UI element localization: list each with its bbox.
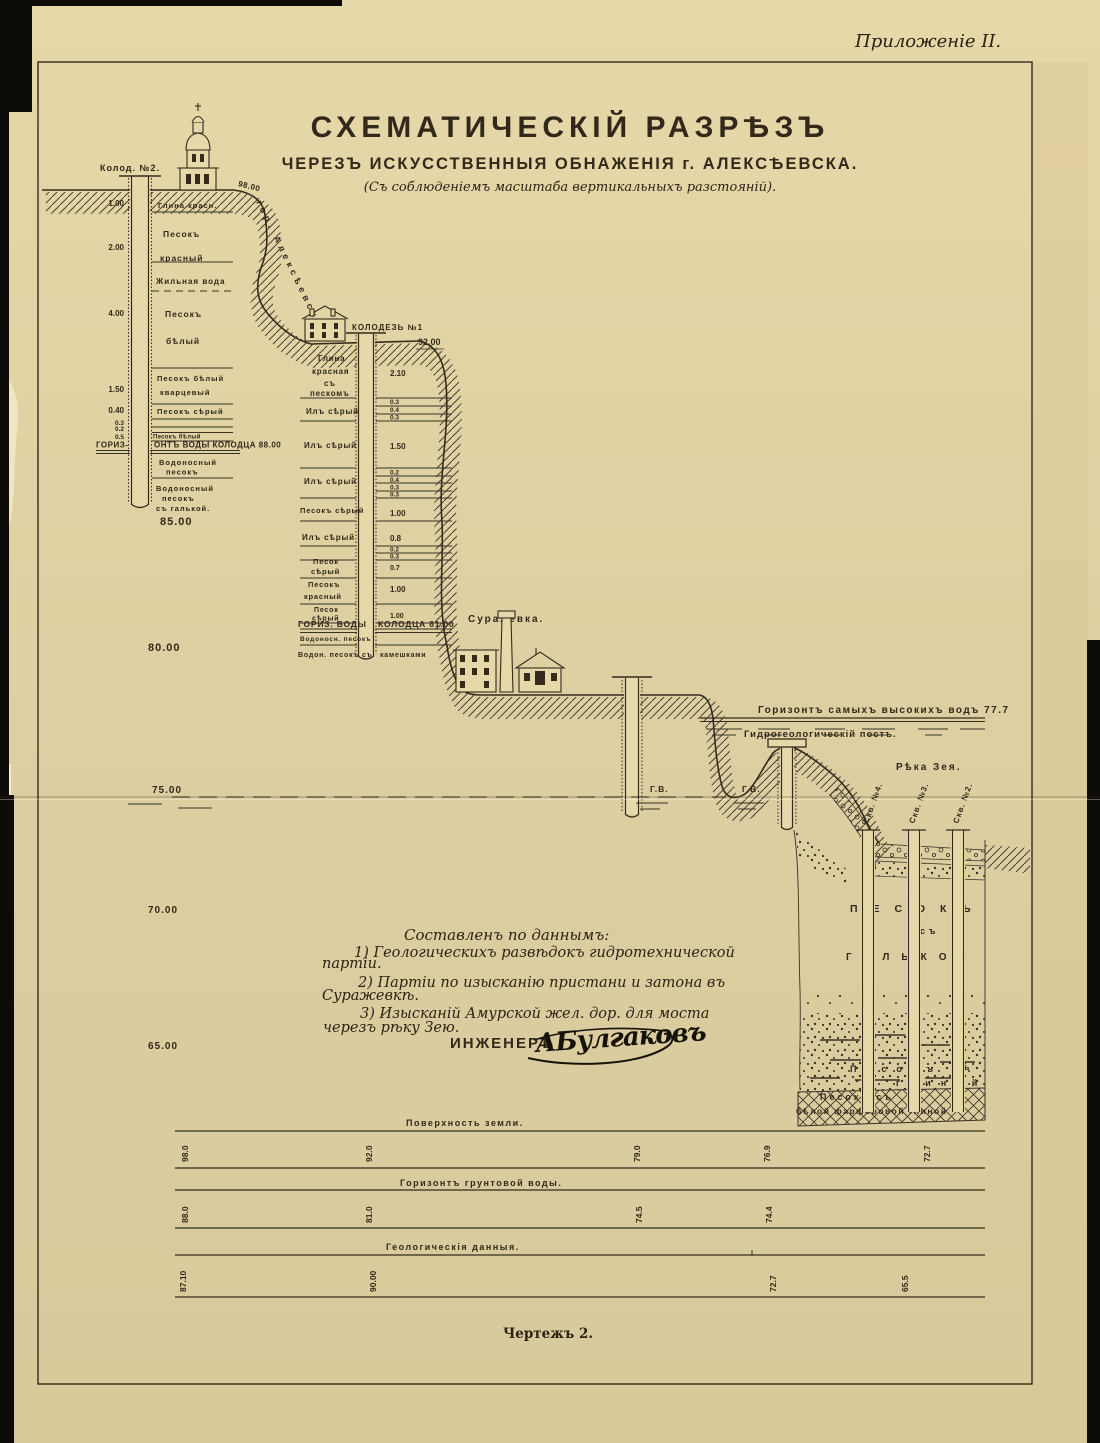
layer-label: Песок (313, 557, 339, 566)
layer-label: красный (160, 253, 204, 263)
scanned-sheet: Приложеніе II. СХЕМАТИЧЕСКІЙ РАЗРѢЗЪ ЧЕР… (0, 0, 1100, 1443)
thickness-value: 0.8 (390, 534, 402, 543)
table-value: 65.5 (900, 1275, 910, 1292)
river-name-label: Рѣка Зея. (896, 762, 961, 773)
thickness-value: 0.4 (390, 477, 399, 484)
thickness-value: 0.3 (390, 415, 399, 422)
layer-label: песокъ (166, 468, 199, 477)
layer-label: Илъ сѣрый (306, 407, 359, 416)
layer-label: Песокъ бѣлый (153, 434, 201, 441)
table-value: 90.00 (368, 1270, 378, 1292)
table-value: 74.5 (634, 1206, 644, 1223)
elevation-92: 92.00 (418, 337, 441, 347)
table-value: 72.7 (768, 1275, 778, 1292)
depth-value: 4.00 (108, 309, 124, 318)
title-line3: (Съ соблюденіемъ масштаба вертикальныхъ … (364, 180, 776, 195)
layer-label: Илъ сѣрый (302, 533, 355, 542)
water-horizon-left: ГОРИЗ. ВОДЫ (298, 619, 367, 629)
table-surface-title: Поверхность земли. (406, 1118, 524, 1128)
table-value: 92.0 (364, 1145, 374, 1162)
depth-value: 2.00 (108, 243, 124, 252)
thickness-value: 1.00 (390, 585, 406, 594)
layer-label: Глина красн. (158, 201, 217, 210)
gw-mark-2: Г.В. (742, 784, 761, 794)
depth-value: 0.2 (115, 426, 124, 433)
high-water-label: Горизонтъ самыхъ высокихъ водъ 77.7 (758, 705, 1010, 716)
thickness-value: 0.3 (390, 399, 399, 406)
water-horizon-right: КОЛОДЦА 81.00 (378, 619, 455, 629)
thickness-value: 0.7 (390, 565, 400, 572)
middle-well-name: КОЛОДЕЗЬ №1 (352, 323, 423, 332)
white-clay-label-1: Песокъ съ (820, 1092, 894, 1102)
depth-value: 1.50 (108, 385, 124, 394)
layer-label: сѣрый (311, 567, 340, 576)
layer-label: Жильная вода (155, 277, 225, 286)
gw-mark-1: Г.В. (650, 784, 669, 794)
layer-label: Песокъ (308, 580, 340, 589)
layer-label: съ (324, 379, 336, 388)
well-shaft (357, 333, 375, 658)
elevation-80: 80.00 (148, 642, 181, 654)
table-groundwater-title: Горизонтъ грунтовой воды. (400, 1178, 562, 1188)
water-horizon-label: ОНТЪ ВОДЫ КОЛОДЦА 88.00 (154, 441, 281, 450)
layer-label: Водоносный (156, 484, 214, 493)
table-geodata-title: Геологическія данныя. (386, 1242, 520, 1252)
layer-label: Водоносный (159, 458, 217, 467)
layer-label: Песокъ сѣрый (157, 407, 224, 416)
notes-item-2b: Суражевкѣ. (322, 988, 419, 1004)
layer-label: Песокъ бѣлый (157, 374, 224, 383)
thickness-value: 1.00 (390, 509, 406, 518)
sand-pebbles-label-2: съ (920, 926, 939, 936)
layer-label: красный (304, 592, 342, 601)
thickness-value: 0.2 (390, 547, 399, 554)
notes-heading: Составленъ по даннымъ: (404, 926, 609, 944)
thickness-value: 0.3 (390, 492, 399, 499)
layer-label: Водоносн. песокъ (300, 636, 371, 643)
thickness-value: 0.2 (390, 470, 399, 477)
table-value: 79.0 (632, 1145, 642, 1162)
layer-label: Илъ сѣрый (304, 477, 357, 486)
table-value: 98.0 (180, 1145, 190, 1162)
elevation-85: 85.00 (160, 516, 193, 528)
layer-label: пескомъ (310, 389, 350, 398)
notes-item-1b: партіи. (322, 956, 382, 972)
well-shaft (130, 176, 150, 506)
layer-label: Песокъ (165, 309, 202, 319)
water-horizon-prefix: ГОРИЗ- (96, 441, 128, 450)
thickness-value: 0.3 (390, 485, 399, 492)
table-value: 87.10 (178, 1270, 188, 1292)
layer-label: камешками (380, 652, 426, 659)
elevation-65: 65.00 (148, 1041, 178, 1052)
table-value: 76.9 (762, 1145, 772, 1162)
layer-label: красная (312, 367, 349, 376)
layer-label: бѣлый (166, 336, 200, 346)
layer-label: Песок (314, 607, 339, 614)
elevation-75: 75.00 (152, 785, 182, 796)
left-well-name: Колод. №2. (100, 163, 160, 173)
table-value: 72.7 (922, 1145, 932, 1162)
title-line1: СХЕМАТИЧЕСКІЙ РАЗРѢЗЪ (311, 110, 830, 144)
layer-label: кварцевый (160, 388, 210, 397)
thickness-value: 0.3 (390, 554, 399, 561)
table-value: 74.4 (764, 1206, 774, 1223)
table-value: 88.0 (180, 1206, 190, 1223)
layer-label: Глина (318, 354, 345, 363)
hydro-post-label: Гидрогеологическій постъ. (744, 729, 897, 740)
title-line2: ЧЕРЕЗЪ ИСКУССТВЕННЫЯ ОБНАЖЕНІЯ г. АЛЕКСѢ… (282, 155, 859, 173)
elevation-70: 70.00 (148, 905, 178, 916)
layer-label: Песокъ сѣрый (300, 506, 364, 515)
layer-label: Песокъ (163, 229, 200, 239)
table-value: 81.0 (364, 1206, 374, 1223)
thickness-value: 0.4 (390, 407, 399, 414)
layer-label: песокъ (162, 494, 195, 503)
thickness-value: 1.00 (390, 613, 404, 620)
thickness-value: 2.10 (390, 369, 406, 378)
layer-label: Илъ сѣрый (304, 441, 357, 450)
annex-label: Приложеніе II. (854, 31, 1001, 52)
depth-value: 1.00 (108, 199, 124, 208)
notes-item-1a: 1) Геологическихъ развѣдокъ гидротехниче… (354, 945, 735, 961)
sheet-footer: Чертежъ 2. (503, 1326, 593, 1342)
layer-label: Водон. песокъ съ (298, 652, 373, 659)
notes-item-3b: черезъ рѣку Зею. (323, 1020, 459, 1036)
layer-label: съ галькой. (156, 504, 210, 513)
thickness-value: 1.50 (390, 442, 406, 451)
depth-value: 0.40 (108, 406, 124, 415)
